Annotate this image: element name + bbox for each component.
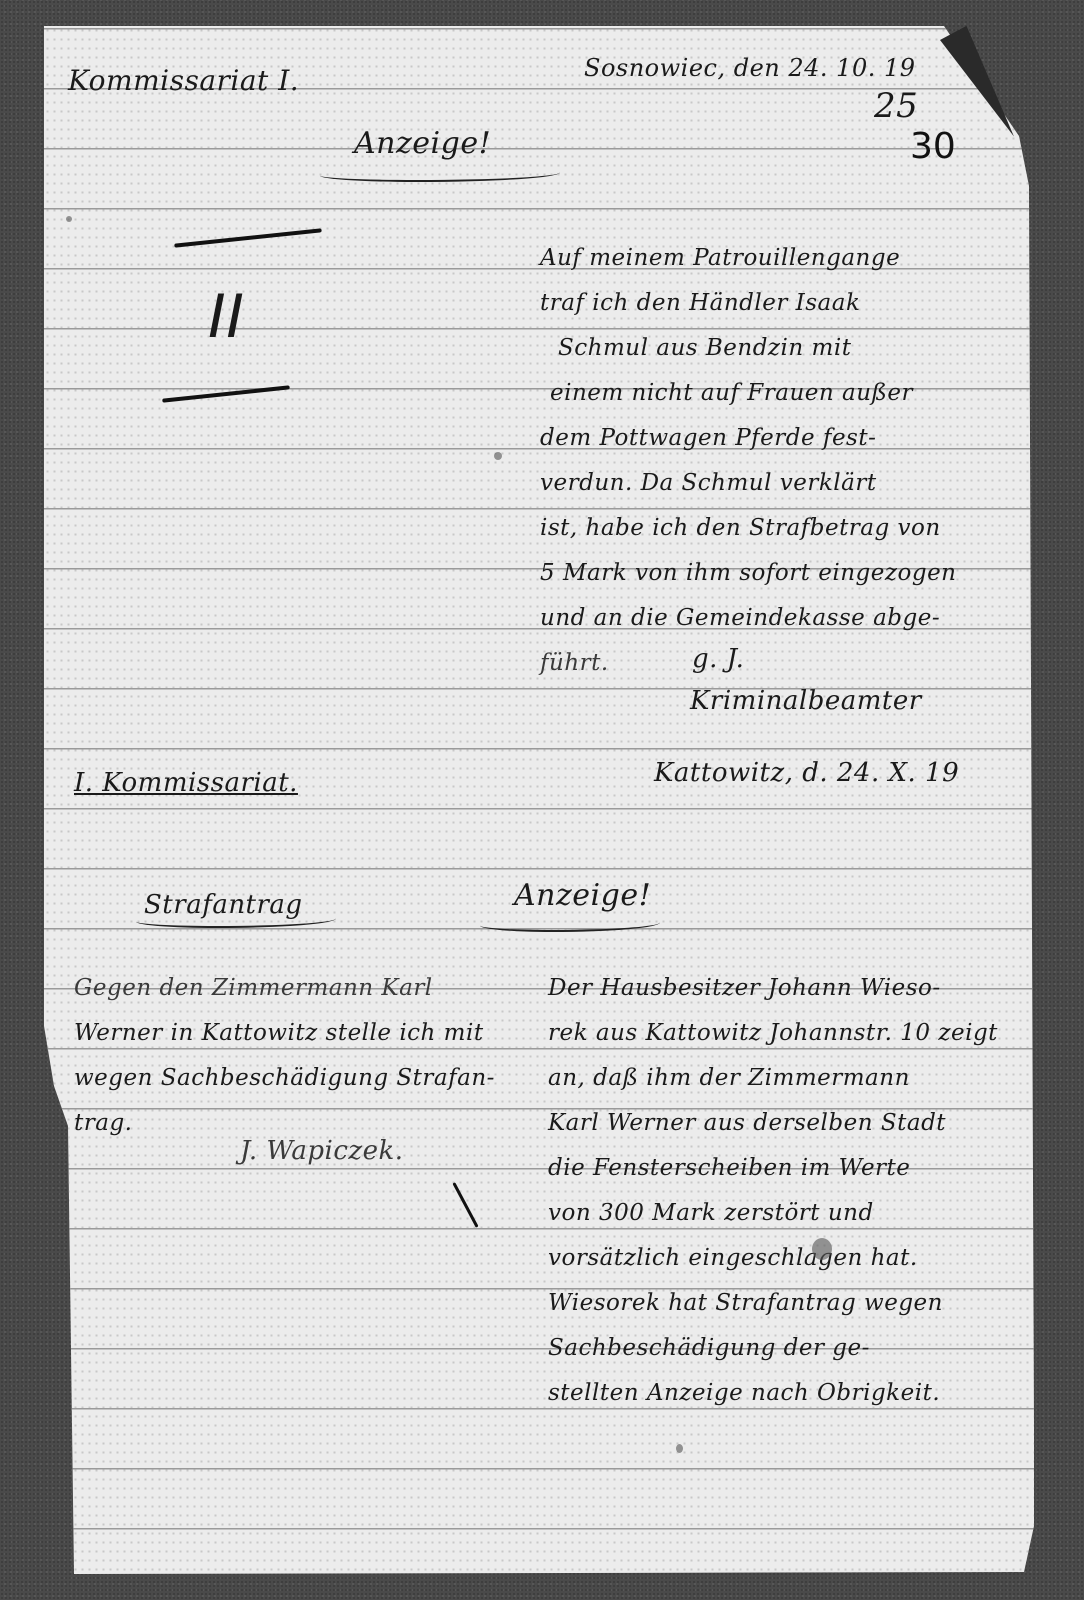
body-line: dem Pottwagen Pferde fest- [540, 416, 957, 461]
margin-stroke-bottom [162, 385, 290, 402]
body-line: von 300 Mark zerstört und [548, 1191, 998, 1236]
body-line: die Fensterscheiben im Werte [548, 1146, 998, 1191]
body-line: wegen Sachbeschädigung Strafan- [74, 1056, 495, 1101]
body-line: Schmul aus Bendzin mit [540, 326, 957, 371]
signature-prefix-1: g. J. [692, 644, 744, 674]
anzeige-body-2: Der Hausbesitzer Johann Wieso- rek aus K… [548, 966, 998, 1416]
body-line: 5 Mark von ihm sofort eingezogen [540, 551, 957, 596]
signature-1: Kriminalbeamter [690, 686, 922, 716]
body-line: rek aus Kattowitz Johannstr. 10 zeigt [548, 1011, 998, 1056]
body-line: und an die Gemeindekasse abge- [540, 596, 957, 641]
folio-mark: 25 [874, 86, 918, 126]
place-date-2: Kattowitz, d. 24. X. 19 [654, 758, 959, 788]
pen-mark [452, 1182, 478, 1228]
body-line: Gegen den Zimmermann Karl [74, 966, 495, 1011]
body-line: Sachbeschädigung der ge- [548, 1326, 998, 1371]
office-header-1: Kommissariat I. [68, 64, 299, 97]
body-line: verdun. Da Schmul verklärt [540, 461, 957, 506]
body-line: Werner in Kattowitz stelle ich mit [74, 1011, 495, 1056]
body-line: Karl Werner aus derselben Stadt [548, 1101, 998, 1146]
page-number: 30 [910, 126, 956, 167]
heading-underline-anzeige-2 [480, 916, 660, 932]
heading-anzeige-1: Anzeige! [354, 126, 491, 161]
heading-underline-strafantrag [136, 912, 336, 928]
body-line: Auf meinem Patrouillengange [540, 236, 957, 281]
body-line: traf ich den Händler Isaak [540, 281, 957, 326]
body-line: ist, habe ich den Strafbetrag von [540, 506, 957, 551]
body-line: einem nicht auf Frauen außer [540, 371, 957, 416]
heading-underline-1 [320, 166, 560, 182]
office-header-2: I. Kommissariat. [74, 768, 298, 798]
body-line: Wiesorek hat Strafantrag wegen [548, 1281, 998, 1326]
document-page: Kommissariat I. Sosnowiec, den 24. 10. 1… [44, 26, 1034, 1574]
body-line: Der Hausbesitzer Johann Wieso- [548, 966, 998, 1011]
strafantrag-body: Gegen den Zimmermann Karl Werner in Katt… [74, 966, 495, 1146]
ink-speck [494, 452, 502, 460]
ink-speck [66, 216, 72, 222]
body-line: vorsätzlich eingeschlagen hat. [548, 1236, 998, 1281]
signature-wapiczek: J. Wapiczek. [240, 1136, 404, 1166]
body-line: an, daß ihm der Zimmermann [548, 1056, 998, 1101]
margin-numeral: II [208, 282, 244, 352]
body-line: stellten Anzeige nach Obrigkeit. [548, 1371, 998, 1416]
margin-stroke-top [174, 228, 322, 247]
report-body-1: Auf meinem Patrouillengange traf ich den… [540, 236, 957, 686]
ink-speck [676, 1444, 683, 1453]
body-line: führt. [540, 641, 957, 686]
ink-stain [812, 1238, 832, 1260]
place-date-1: Sosnowiec, den 24. 10. 19 [584, 54, 916, 82]
heading-anzeige-2: Anzeige! [514, 878, 651, 913]
